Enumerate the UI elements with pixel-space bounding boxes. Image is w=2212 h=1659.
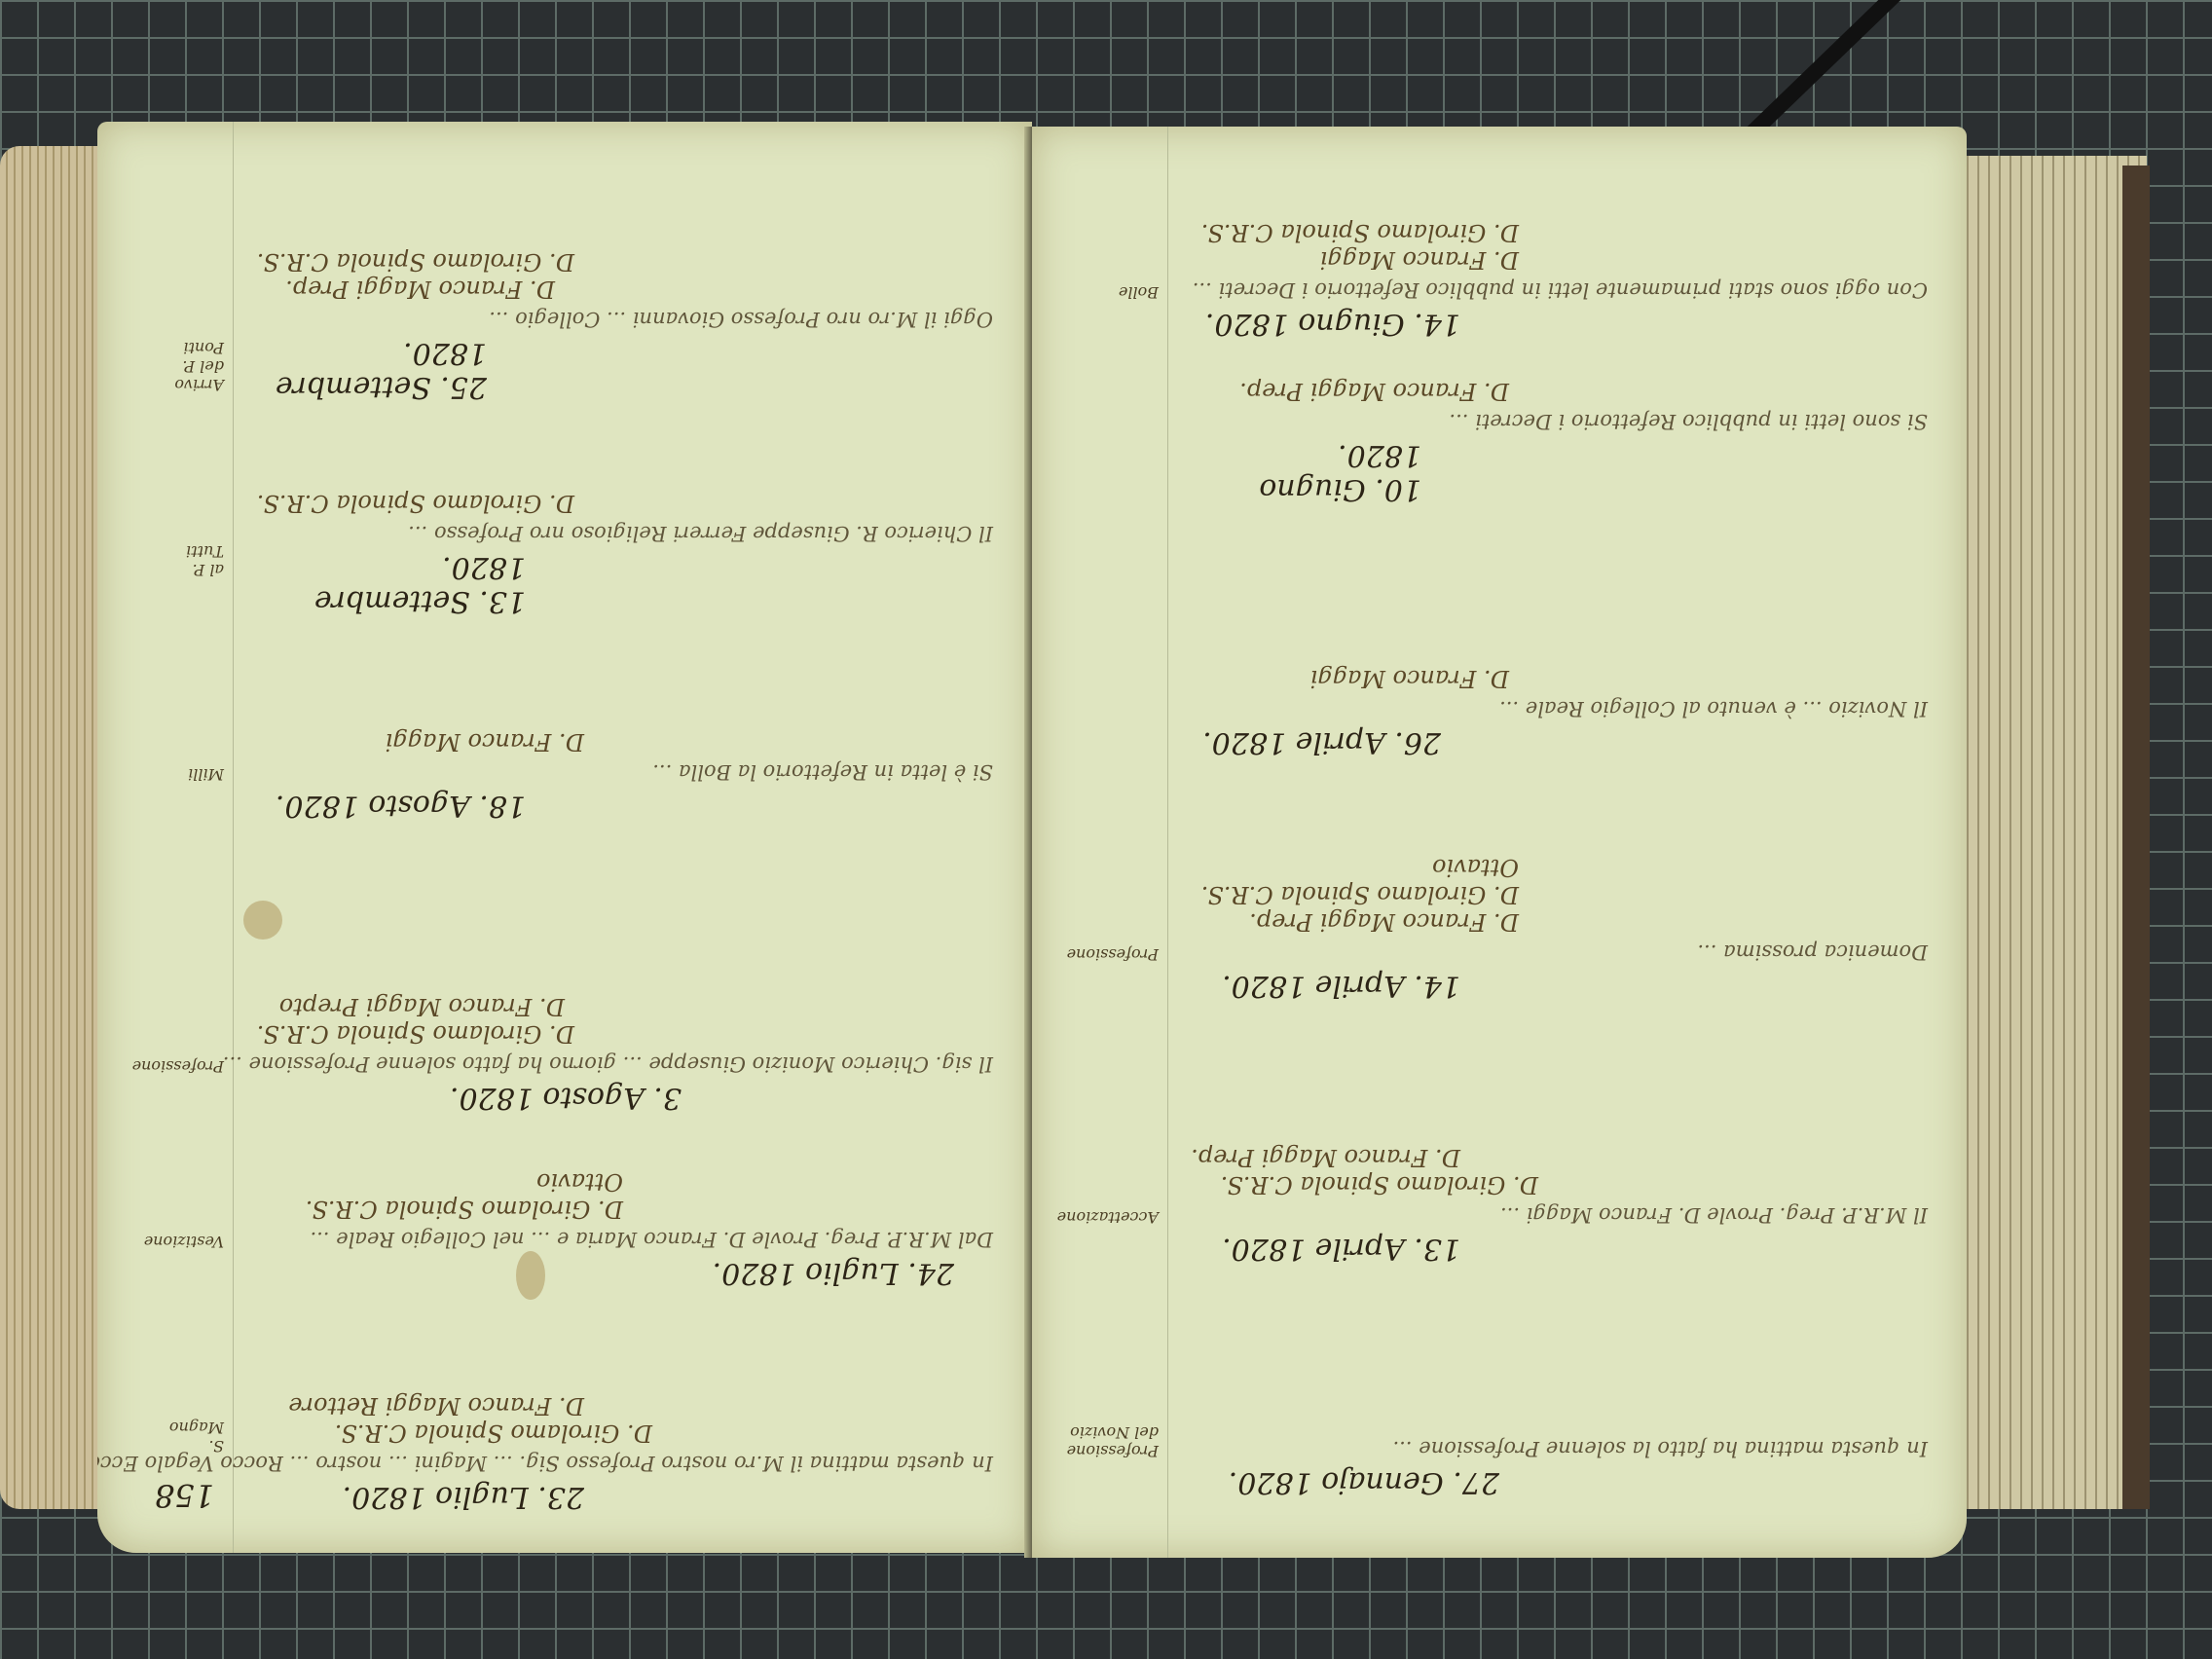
page-number: 158 [155, 1477, 214, 1514]
entry: 27. Gennajo 1820. In questa mattina ha f… [1188, 1432, 1928, 1499]
entry: 26. Aprile 1820. Il Novizio ... è venuto… [1188, 665, 1928, 759]
ink-stain [516, 1251, 545, 1300]
entry: 23. Luglio 1820. In questa mattina il M.… [253, 1392, 993, 1514]
entry: 13. Aprile 1820. Il M.R.P. Preg. Provle … [1188, 1144, 1928, 1266]
left-page: 158 23. Luglio 1820. In questa mattina i… [97, 122, 1032, 1553]
page-block-left-edge [0, 146, 107, 1509]
ink-stain [243, 901, 282, 940]
right-page: 27. Gennajo 1820. In questa mattina ha f… [1032, 127, 1967, 1558]
entry: 3. Agosto 1820. Il sig. Chierico Monizio… [253, 993, 993, 1115]
entry: 25. Settembre 1820. Oggi il M.ro nro Pro… [253, 248, 993, 404]
entry: 18. Agosto 1820. Si è letta in Refettori… [253, 728, 993, 823]
page-block-right-edge [1947, 156, 2147, 1509]
entry: 10. Giugno 1820. Si sono letti in pubbli… [1188, 378, 1928, 506]
entry: 13. Settembre 1820. Il Chierico R. Giuse… [253, 490, 993, 618]
entry: 14. Giugno 1820. Con oggi sono stati pri… [1188, 219, 1928, 341]
entry: 24. Luglio 1820. Dal M.R.P. Preg. Provle… [253, 1168, 993, 1290]
book-cover-edge [2122, 166, 2150, 1509]
entry: 14. Aprile 1820. Domenica prossima ... P… [1188, 854, 1928, 1003]
